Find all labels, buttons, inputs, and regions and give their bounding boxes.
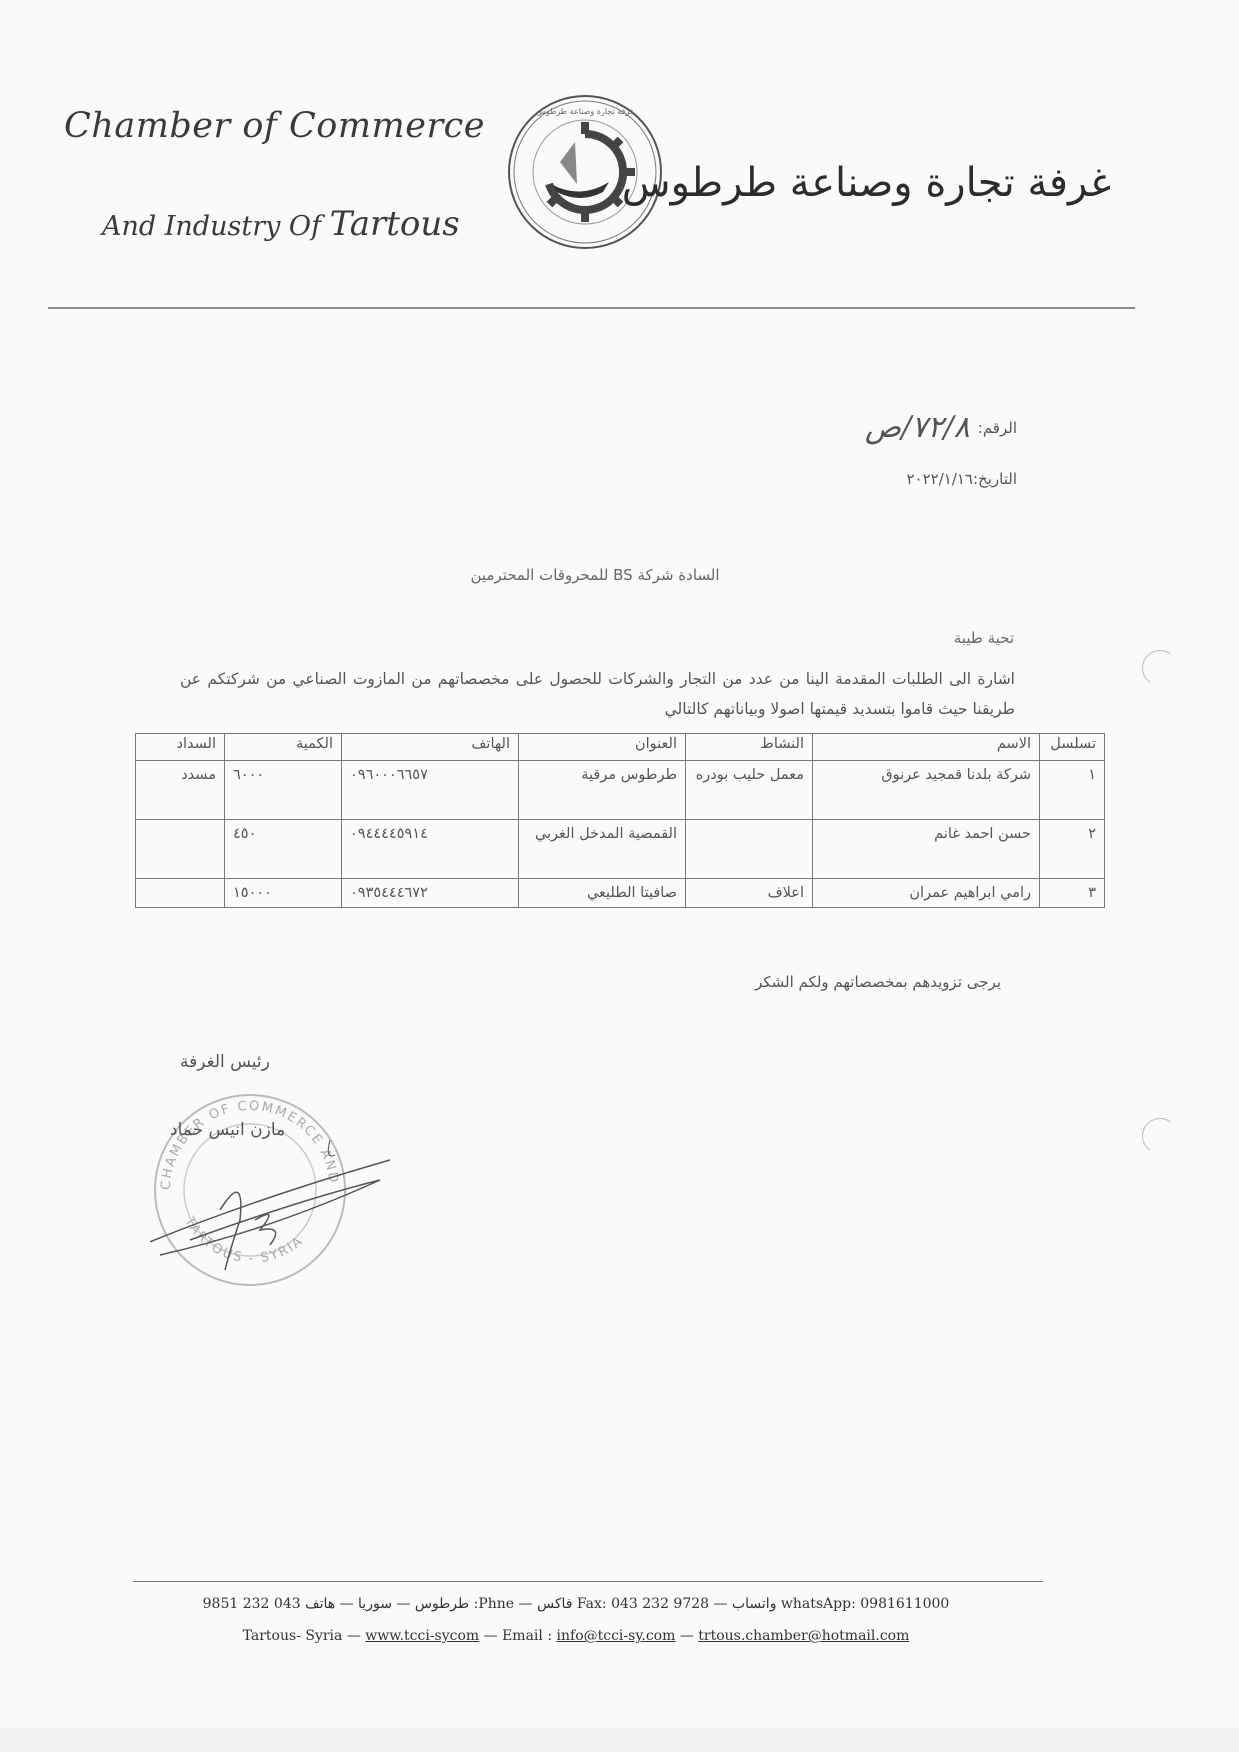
cell-payment	[136, 879, 225, 908]
cell-payment	[136, 820, 225, 879]
cell-phone: ٠٩٣٥٤٤٤٦٧٢	[342, 879, 519, 908]
arabic-title: غرفة تجارة وصناعة طرطوس	[622, 160, 1111, 206]
email-link-info[interactable]: info@tcci-sy.com	[557, 1628, 676, 1644]
scan-bottom-edge	[0, 1728, 1239, 1752]
date-value: ٢٠٢٢/١/١٦	[906, 470, 973, 488]
reference-number: الرقم: ٧٢/٨/ص	[865, 410, 1017, 445]
cell-serial: ١	[1040, 761, 1105, 820]
english-subtitle-prefix: And Industry Of	[102, 211, 330, 242]
closing-line: يرجى تزويدهم بمخصصاتهم ولكم الشكر	[755, 973, 1001, 991]
english-subtitle: And Industry Of Tartous	[102, 204, 460, 244]
english-subtitle-city: Tartous	[330, 204, 460, 244]
header-serial: تسلسل	[1040, 734, 1105, 761]
footer-contact-line: طرطوس — سوريا — هاتف 043 232 9851 :Phne …	[176, 1596, 976, 1612]
footer-divider	[133, 1581, 1043, 1582]
body-paragraph: اشارة الى الطلبات المقدمة الينا من عدد م…	[180, 664, 1015, 724]
punch-hole-icon	[1139, 1115, 1181, 1157]
date-label: التاريخ:	[973, 470, 1017, 488]
footer-web-line: Tartous- Syria — www.tcci-sycom — Email …	[176, 1628, 976, 1644]
header-divider	[48, 307, 1135, 309]
cell-address: صافيتا الطليعي	[519, 879, 686, 908]
english-title: Chamber of Commerce	[64, 106, 485, 146]
table-row: ١ شركة بلدنا قمجيد عرنوق معمل حليب بودره…	[136, 761, 1105, 820]
cell-phone: ٠٩٦٠٠٠٦٦٥٧	[342, 761, 519, 820]
official-stamp-icon: CHAMBER OF COMMERCE AND INDUSTRY TARTOUS…	[150, 1080, 370, 1280]
cell-name: رامي ابراهيم عمران	[813, 879, 1040, 908]
document-date: التاريخ:٢٠٢٢/١/١٦	[906, 470, 1017, 488]
signatory-title: رئيس الغرفة	[180, 1052, 270, 1072]
website-link[interactable]: www.tcci-sycom	[365, 1628, 479, 1644]
email-label: — Email :	[479, 1628, 556, 1644]
header-payment: السداد	[136, 734, 225, 761]
table-header-row: تسلسل الاسم النشاط العنوان الهاتف الكمية…	[136, 734, 1105, 761]
cell-address: القمصية المدخل الغربي	[519, 820, 686, 879]
punch-hole-icon	[1139, 647, 1181, 689]
header-activity: النشاط	[686, 734, 813, 761]
cell-activity	[686, 820, 813, 879]
cell-payment: مسدد	[136, 761, 225, 820]
cell-activity: اعلاف	[686, 879, 813, 908]
footer-separator: —	[675, 1628, 698, 1644]
cell-phone: ٠٩٤٤٤٤٥٩١٤	[342, 820, 519, 879]
greeting: تحية طيبة	[954, 629, 1014, 647]
reference-label: الرقم:	[978, 419, 1017, 437]
cell-activity: معمل حليب بودره	[686, 761, 813, 820]
header-name: الاسم	[813, 734, 1040, 761]
cell-serial: ٢	[1040, 820, 1105, 879]
cell-address: طرطوس مرقية	[519, 761, 686, 820]
cell-name: شركة بلدنا قمجيد عرنوق	[813, 761, 1040, 820]
addressee: السادة شركة BS للمحروقات المحترمين	[445, 566, 745, 584]
svg-text:غرفة تجارة وصناعة طرطوس: غرفة تجارة وصناعة طرطوس	[536, 107, 634, 116]
table-row: ٢ حسن احمد غانم القمصية المدخل الغربي ٠٩…	[136, 820, 1105, 879]
header-address: العنوان	[519, 734, 686, 761]
footer-location: Tartous- Syria —	[243, 1628, 366, 1644]
signatory-name: مازن انيس حماد	[170, 1120, 285, 1140]
cell-quantity: ١٥٠٠٠	[225, 879, 342, 908]
reference-value: ٧٢/٨/ص	[865, 410, 970, 445]
document-page: Chamber of Commerce And Industry Of Tart…	[0, 0, 1239, 1728]
cell-serial: ٣	[1040, 879, 1105, 908]
cell-quantity: ٤٥٠	[225, 820, 342, 879]
header-phone: الهاتف	[342, 734, 519, 761]
applicants-table: تسلسل الاسم النشاط العنوان الهاتف الكمية…	[135, 733, 1105, 908]
header-quantity: الكمية	[225, 734, 342, 761]
cell-name: حسن احمد غانم	[813, 820, 1040, 879]
table-row: ٣ رامي ابراهيم عمران اعلاف صافيتا الطليع…	[136, 879, 1105, 908]
cell-quantity: ٦٠٠٠	[225, 761, 342, 820]
email-link-hotmail[interactable]: trtous.chamber@hotmail.com	[698, 1628, 909, 1644]
